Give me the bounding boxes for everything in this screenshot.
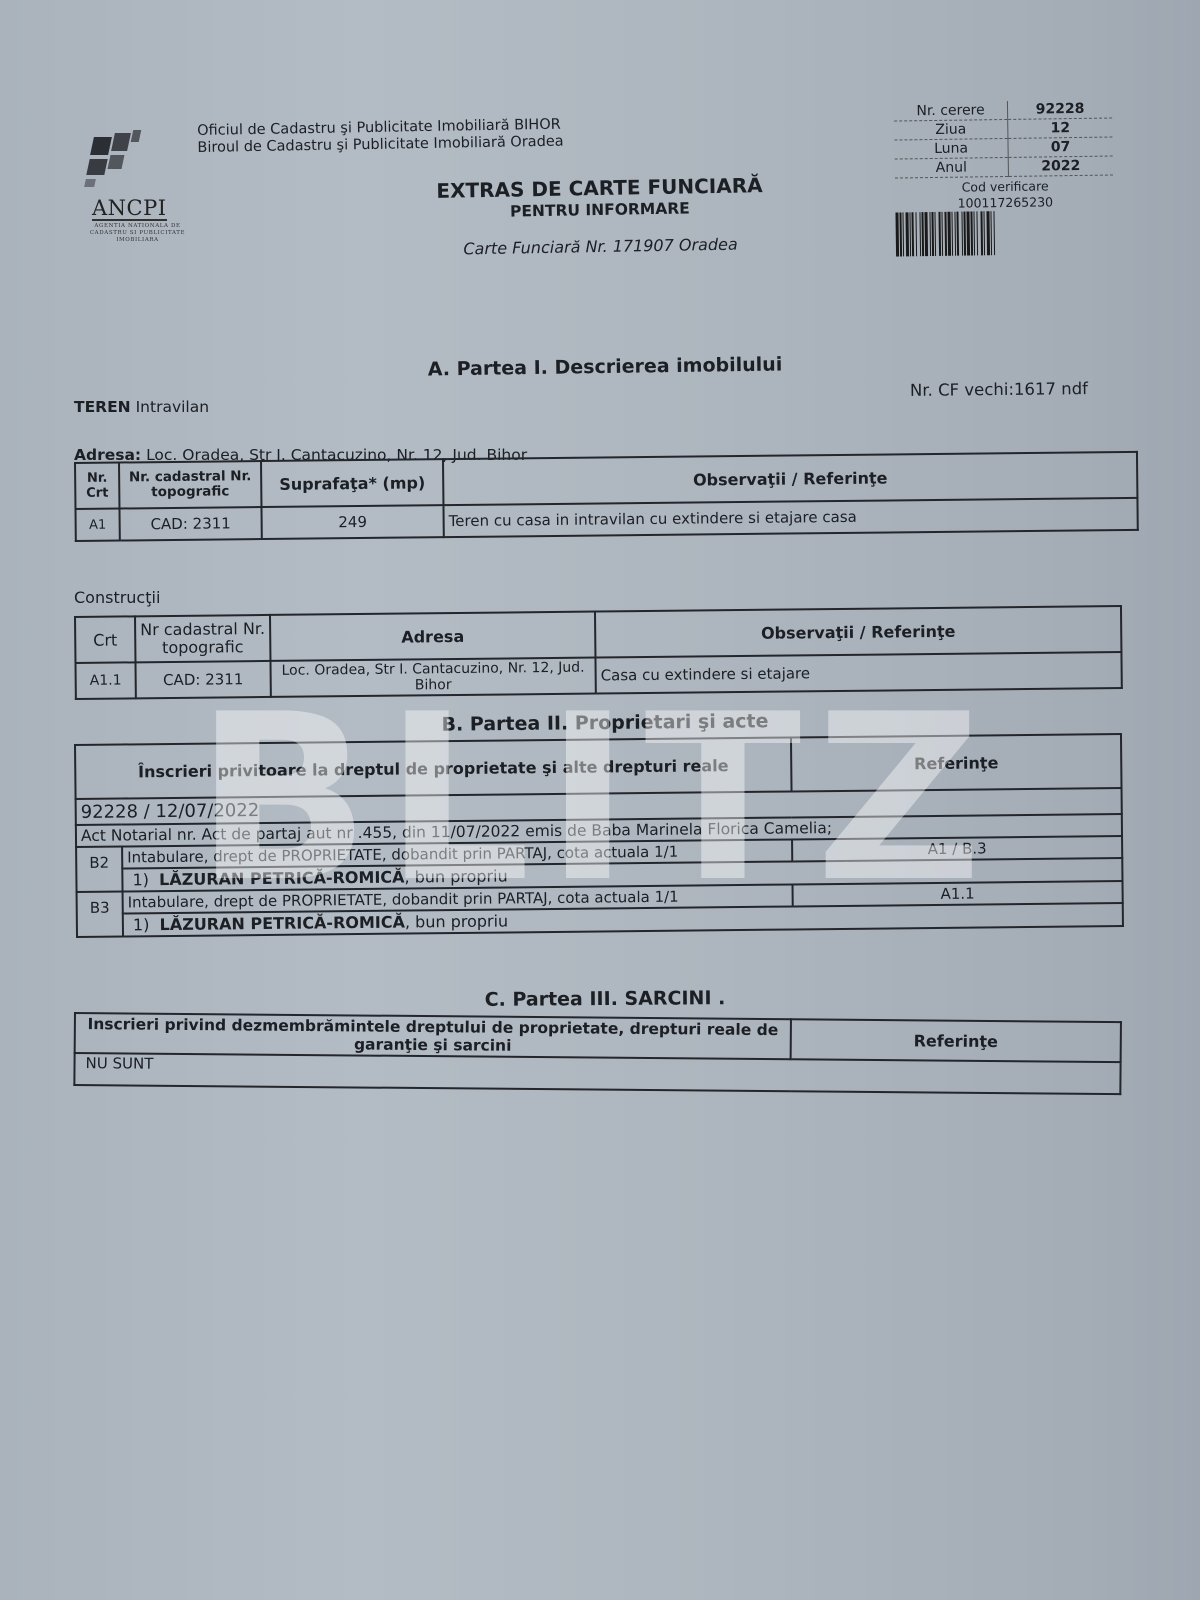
land-type-bold: TEREN <box>74 398 131 416</box>
entry-id: B3 <box>77 891 123 936</box>
part-a-title: A. Partea I. Descrierea imobilului <box>390 353 820 381</box>
office-name: Oficiul de Cadastru şi Publicitate Imobi… <box>197 117 564 157</box>
cell-cad: CAD: 2311 <box>135 661 270 698</box>
encumbrances-table: Inscrieri privind dezmembrămintele drept… <box>73 1012 1122 1095</box>
request-value: 07 <box>1008 137 1113 157</box>
col-observatii: Observaţii / Referinţe <box>443 452 1137 505</box>
col-crt: Crt <box>75 616 135 663</box>
request-info-box: Nr. cerere92228 Ziua12 Luna07 Anul2022 C… <box>894 99 1116 256</box>
cell-obs: Teren cu casa in intravilan cu extindere… <box>443 498 1137 537</box>
cell-area: 249 <box>261 505 443 539</box>
land-table: Nr. Crt Nr. cadastral Nr. topografic Sup… <box>74 451 1139 542</box>
old-cf-number: Nr. CF vechi:1617 ndf <box>910 379 1088 400</box>
verification-code-label: Cod verificare <box>895 178 1115 194</box>
cell-crt: A1 <box>75 509 119 541</box>
request-value: 12 <box>1008 118 1113 138</box>
cell-obs: Casa cu extindere si etajare <box>595 652 1121 694</box>
document-title-block: EXTRAS DE CARTE FUNCIARĂ PENTRU INFORMAR… <box>399 173 800 260</box>
col-nr-crt: Nr. Crt <box>75 463 119 509</box>
col-inscrieri: Inscrieri privind dezmembrămintele drept… <box>75 1013 791 1059</box>
request-label: Anul <box>895 157 1009 178</box>
ownership-table: Înscrieri privitoare la dreptul de propr… <box>74 733 1124 938</box>
col-inscrieri: Înscrieri privitoare la dreptul de propr… <box>75 737 792 798</box>
col-nr-cadastral: Nr. cadastral Nr. topografic <box>119 461 261 508</box>
ancpi-logo: ANCPI AGENTIA NATIONALA DE CADASTRU SI P… <box>80 125 200 255</box>
request-table: Nr. cerere92228 Ziua12 Luna07 Anul2022 <box>894 99 1113 178</box>
owner-name: LĂZURAN PETRICĂ-ROMICĂ <box>159 868 405 890</box>
col-adresa: Adresa <box>270 612 595 661</box>
owner-note: , bun propriu <box>405 911 508 931</box>
request-row: Nr. cerere92228 <box>894 99 1112 121</box>
logo-text: ANCPI <box>92 197 167 221</box>
col-referinte: Referinţe <box>791 1019 1121 1062</box>
request-label: Ziua <box>894 119 1008 140</box>
part-c-title: C. Partea III. SARCINI . <box>390 986 820 1011</box>
col-nr-cadastral: Nr cadastral Nr. topografic <box>135 615 270 662</box>
part-b-title: B. Partea II. Proprietari şi acte <box>390 710 820 737</box>
cf-number: Carte Funciară Nr. 171907 Oradea <box>400 234 800 260</box>
logo-subtext: AGENTIA NATIONALA DE CADASTRU SI PUBLICI… <box>80 223 195 244</box>
entry-id: B2 <box>76 847 122 892</box>
owner-note: , bun propriu <box>404 866 507 886</box>
cell-address: Loc. Oradea, Str I. Cantacuzino, Nr. 12,… <box>270 658 595 697</box>
verification-code: 100117265230 <box>895 194 1115 210</box>
land-type: TEREN Intravilan <box>74 398 209 416</box>
col-referinte: Referinţe <box>791 734 1122 791</box>
owner-index: 1) <box>132 870 149 889</box>
request-row: Anul2022 <box>895 156 1113 178</box>
cell-crt: A1.1 <box>75 662 135 699</box>
cell-cad: CAD: 2311 <box>119 507 261 540</box>
col-observatii: Observaţii / Referinţe <box>595 606 1121 658</box>
request-value: 92228 <box>1007 99 1112 119</box>
request-label: Luna <box>894 138 1008 159</box>
constructions-label: Construcţii <box>74 588 160 607</box>
request-value: 2022 <box>1008 156 1113 176</box>
owner-name: LĂZURAN PETRICĂ-ROMICĂ <box>159 913 405 935</box>
col-suprafata: Suprafaţa* (mp) <box>261 459 443 507</box>
barcode-icon <box>895 209 1116 256</box>
request-label: Nr. cerere <box>894 101 1008 121</box>
constructions-table: Crt Nr cadastral Nr. topografic Adresa O… <box>74 605 1123 700</box>
owner-index: 1) <box>133 915 150 934</box>
land-type-rest: Intravilan <box>131 398 209 416</box>
